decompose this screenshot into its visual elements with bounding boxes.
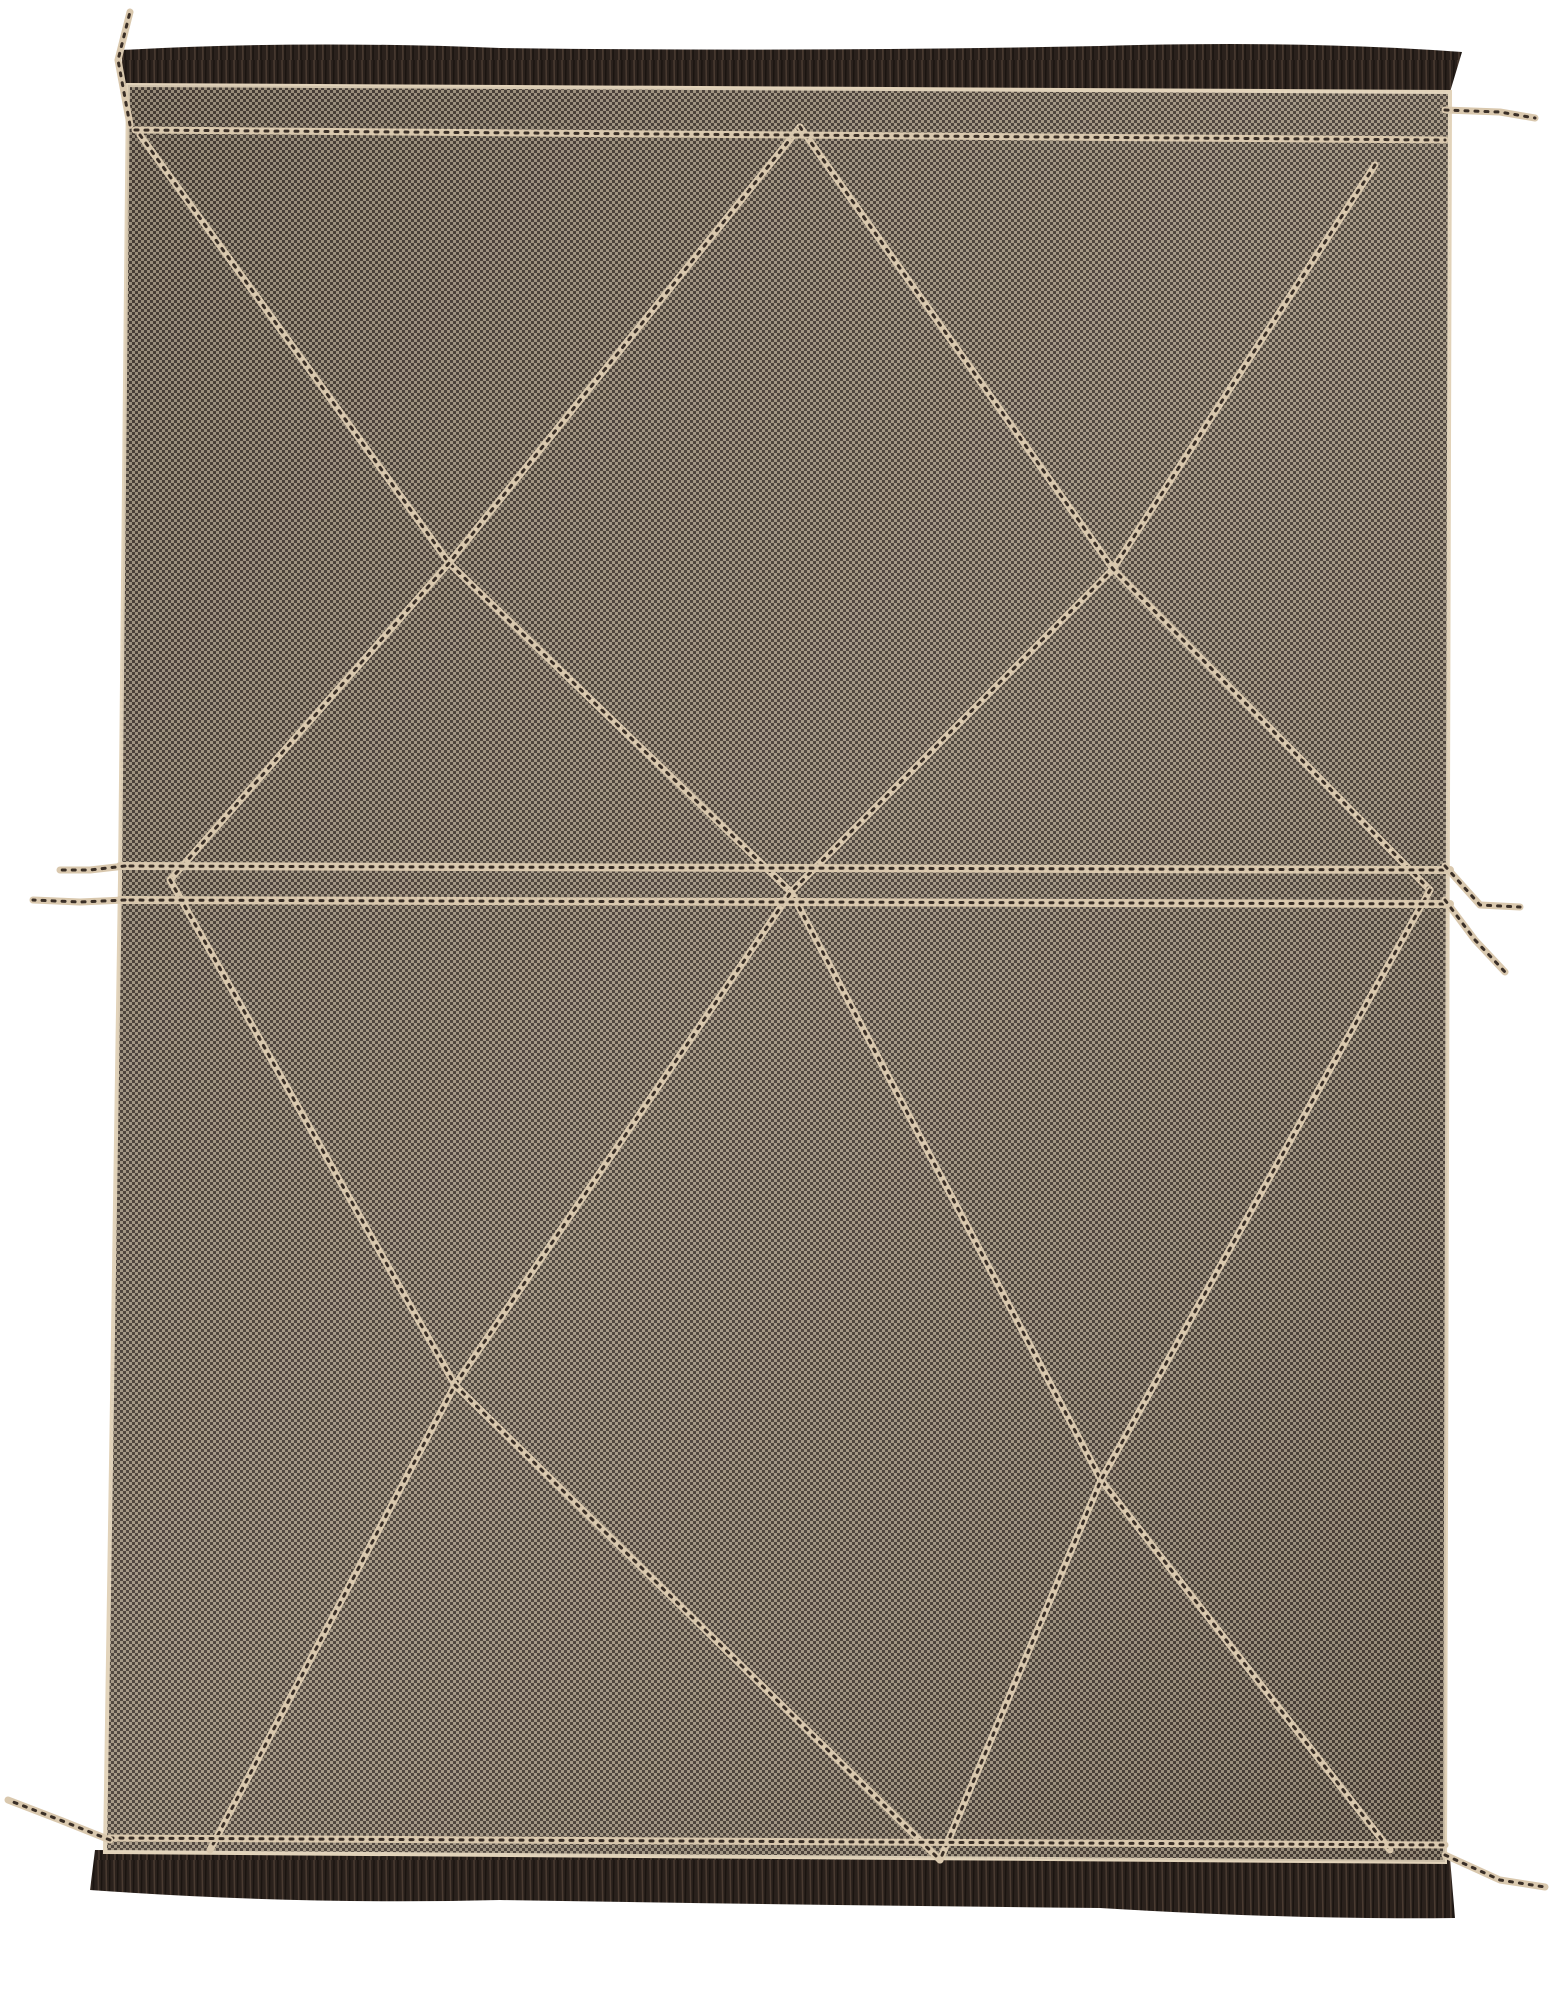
rug-photo: Beige and black speckled flatweave rug w… (0, 0, 1555, 2000)
rug-illustration (0, 0, 1555, 2000)
corner-tassel (1445, 1855, 1545, 1887)
corner-tassel (1445, 866, 1520, 907)
